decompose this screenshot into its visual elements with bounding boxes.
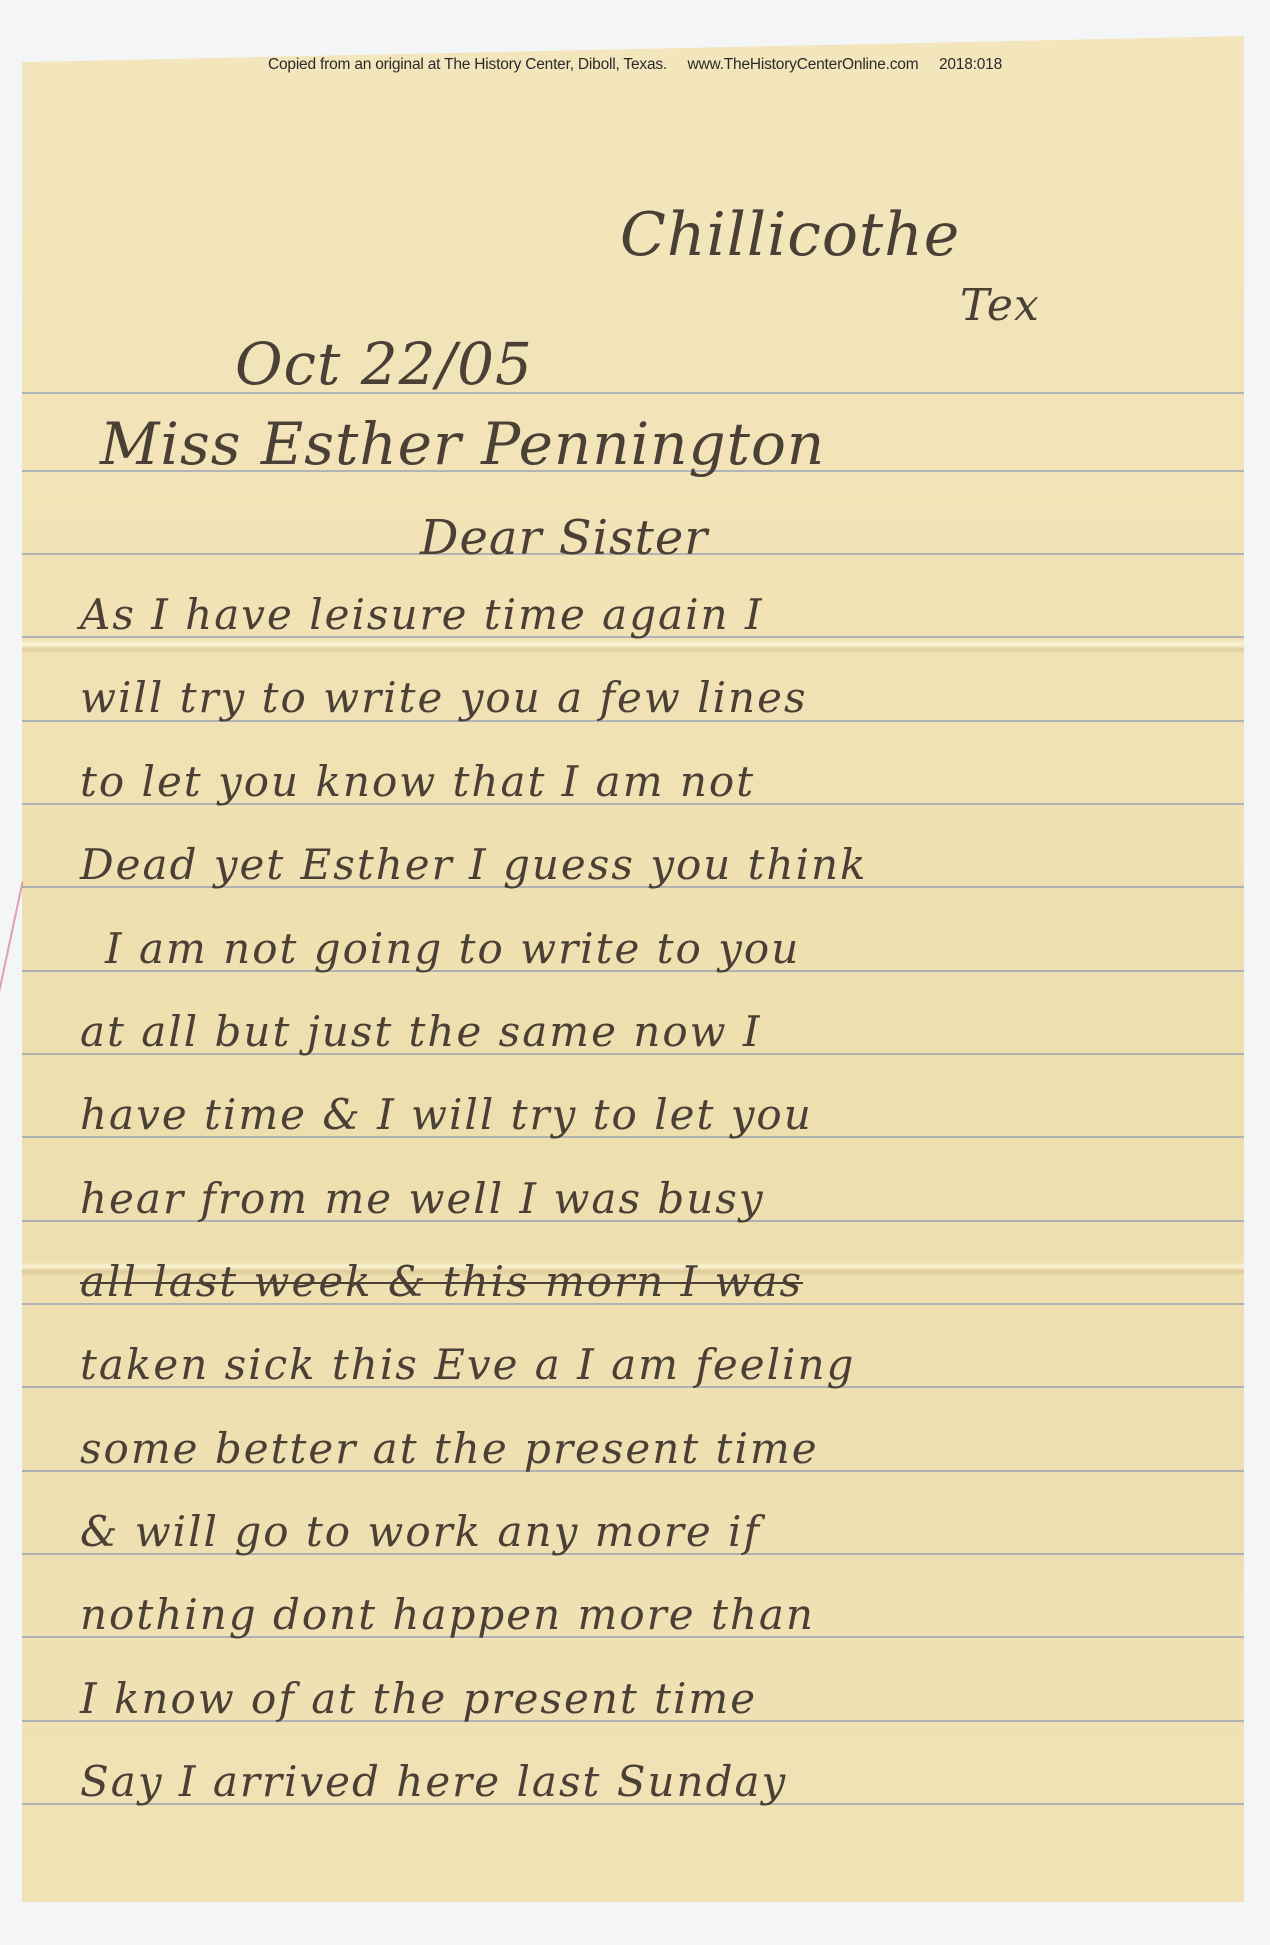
letter-line: to let you know that I am not: [80, 757, 755, 806]
letter-state: Tex: [960, 280, 1040, 331]
letter-line: will try to write you a few lines: [80, 673, 808, 722]
margin-mark: [0, 881, 24, 1028]
letter-line: nothing dont happen more than: [80, 1590, 815, 1639]
letter-line: Say I arrived here last Sunday: [80, 1757, 787, 1806]
ruled-line: [22, 392, 1244, 394]
letter-line: I am not going to write to you: [105, 924, 800, 973]
letter-line: have time & I will try to let you: [80, 1090, 813, 1139]
letter-line: I know of at the present time: [80, 1674, 757, 1723]
letter-line: As I have leisure time again I: [80, 590, 764, 639]
letter-line: some better at the present time: [80, 1424, 819, 1473]
letter-salutation: Dear Sister: [420, 510, 708, 566]
letter-date: Oct 22/05: [235, 330, 533, 398]
letter-line: at all but just the same now I: [80, 1007, 762, 1056]
archive-header: Copied from an original at The History C…: [0, 56, 1270, 74]
letter-line: taken sick this Eve a I am feeling: [80, 1340, 855, 1389]
letter-place: Chillicothe: [620, 200, 960, 270]
paper-crease: [22, 640, 1244, 654]
letter-line: hear from me well I was busy: [80, 1174, 765, 1223]
letter-line: Dead yet Esther I guess you think: [80, 840, 868, 889]
letter-line: & will go to work any more if: [80, 1507, 761, 1556]
letter-line: all last week & this morn I was: [80, 1257, 803, 1306]
letter-recipient: Miss Esther Pennington: [100, 410, 825, 478]
